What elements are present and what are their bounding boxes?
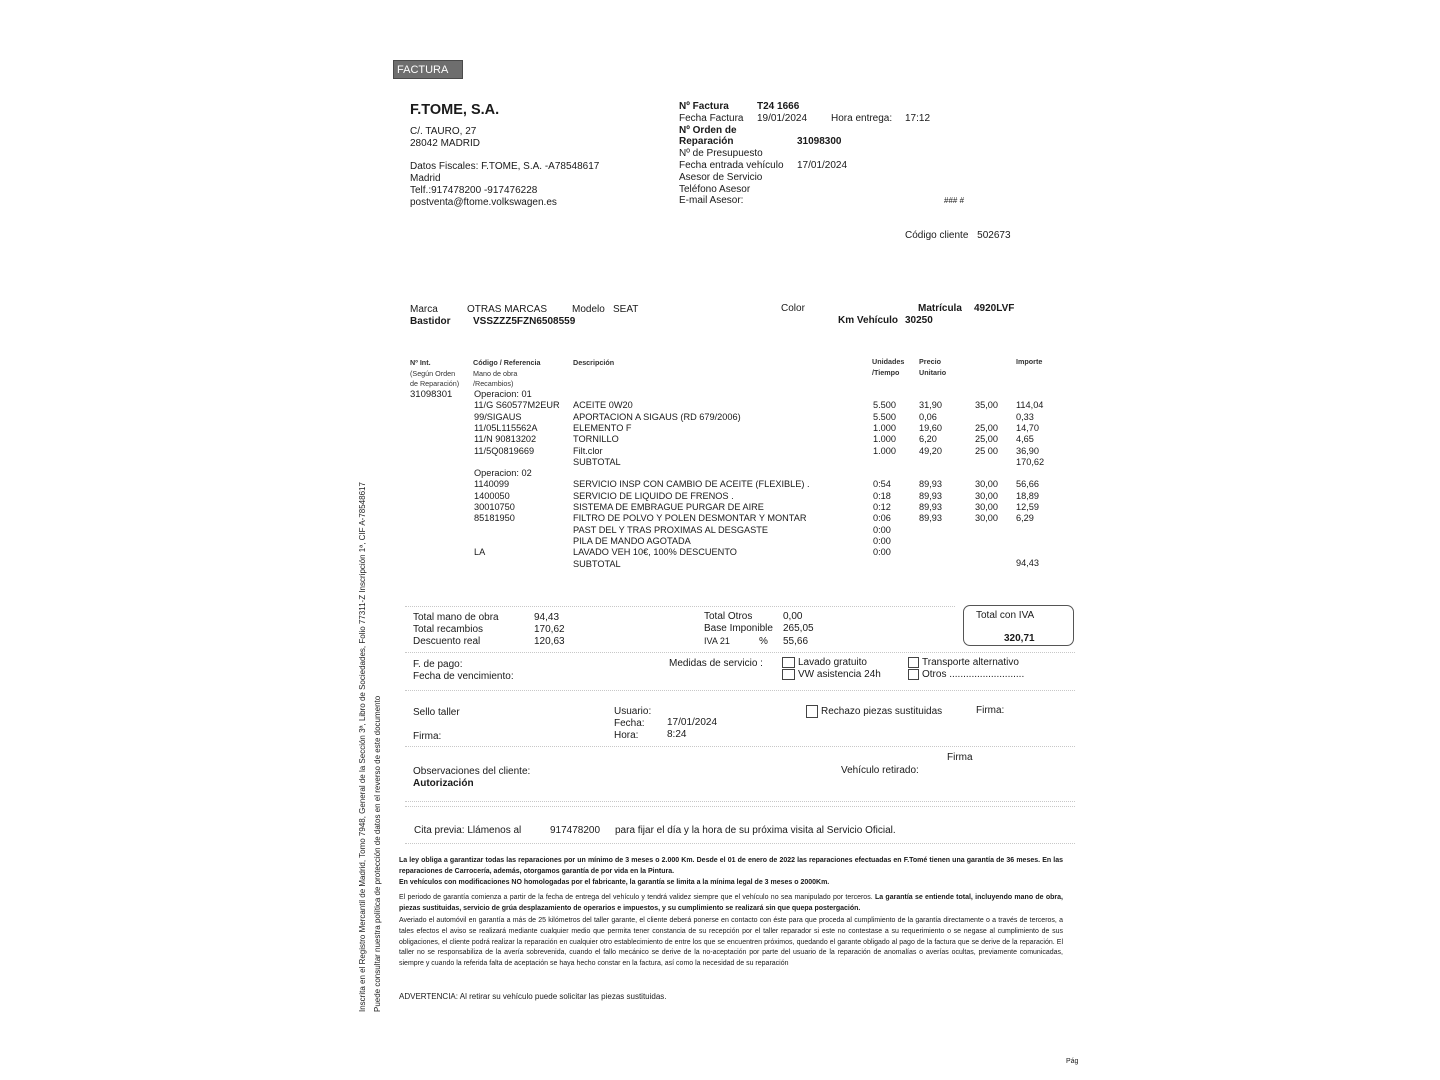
line-discount: 30,00 [975, 479, 998, 489]
entry-date: 17/01/2024 [797, 160, 847, 171]
option-alt-transport[interactable]: Transporte alternativo [908, 657, 1019, 668]
line-amount: 4,65 [1016, 434, 1034, 444]
checkbox[interactable] [908, 657, 919, 668]
line-units: 0:00 [873, 525, 891, 535]
registry-side-text: Inscrita en el Registro Mercantil de Mad… [358, 482, 367, 1012]
appointment-suffix: para fijar el día y la hora de su próxim… [615, 825, 896, 836]
km-value: 30250 [905, 315, 933, 326]
line-units: 5.500 [873, 412, 896, 422]
plate-value: 4920LVF [974, 303, 1014, 314]
page-label: Pág [1066, 1058, 1078, 1065]
order-label: Nº Orden de Reparación [679, 125, 769, 149]
parts-value: 170,62 [534, 624, 565, 635]
entry-date-label: Fecha entrada vehículo [679, 160, 797, 172]
line-amount: 114,04 [1016, 400, 1043, 410]
workshop-signature-label: Firma: [413, 731, 441, 742]
labor-label: Total mano de obra [413, 612, 534, 624]
discount-label: Descuento real [413, 636, 534, 648]
line-description: TORNILLO [573, 434, 619, 444]
model-value: SEAT [613, 304, 638, 315]
operation-label: Operacion: 02 [474, 468, 532, 478]
line-units: 0:18 [873, 491, 891, 501]
model-label: Modelo [572, 304, 605, 315]
discount-value: 120,63 [534, 636, 565, 647]
line-description: Filt.clor [573, 446, 603, 456]
line-code: 11/05L115562A [474, 423, 538, 433]
client-code-label: Código cliente [905, 230, 968, 241]
line-unit-price: 49,20 [919, 446, 942, 456]
line-discount: 30,00 [975, 513, 998, 523]
retrieval-signature-label: Firma [947, 752, 973, 763]
line-discount: 30,00 [975, 491, 998, 501]
line-units: 5.500 [873, 400, 896, 410]
plate-label: Matrícula [918, 303, 962, 314]
col-header-code: Código / Referencia Mano de obra /Recamb… [473, 358, 541, 390]
iva-value: 55,66 [783, 636, 808, 647]
km-label: Km Vehículo [838, 315, 898, 326]
line-description: SERVICIO DE LIQUIDO DE FRENOS . [573, 491, 734, 501]
order-number: 31098300 [797, 136, 842, 147]
subtotal-value: 170,62 [1016, 457, 1044, 467]
brand-label: Marca [410, 304, 438, 315]
line-units: 0:00 [873, 547, 891, 557]
line-unit-price: 6,20 [919, 434, 937, 444]
line-units: 1.000 [873, 446, 896, 456]
invoice-date-label: Fecha Factura [679, 113, 757, 125]
checkbox[interactable] [908, 669, 919, 680]
line-code: 1140099 [474, 479, 509, 489]
line-units: 1.000 [873, 423, 896, 433]
due-date-label: Fecha de vencimiento: [413, 671, 514, 682]
privacy-side-text: Puede consultar nuestra política de prot… [373, 696, 382, 1012]
option-free-wash[interactable]: Lavado gratuito [782, 657, 867, 668]
base-value: 265,05 [783, 623, 814, 634]
subtotal-label: SUBTOTAL [573, 559, 621, 569]
line-code: 11/5Q0819669 [474, 446, 534, 456]
line-amount: 18,89 [1016, 491, 1039, 501]
advisor-phone-label: Teléfono Asesor [679, 184, 930, 196]
client-code: 502673 [977, 230, 1010, 241]
company-email: postventa@ftome.volkswagen.es [410, 197, 599, 209]
col-header-desc: Descripción [573, 358, 614, 369]
legal-warranty: La ley obliga a garantizar todas las rep… [399, 856, 1063, 888]
line-unit-price: 19,60 [919, 423, 942, 433]
nint-value: 31098301 [410, 389, 452, 400]
time-value: 8:24 [667, 729, 686, 740]
line-description: ELEMENTO F [573, 423, 632, 433]
invoice-number-label: Nº Factura [679, 101, 757, 113]
line-discount: 25 00 [975, 446, 998, 456]
line-code: 1400050 [474, 491, 510, 501]
line-unit-price: 0,06 [919, 412, 937, 422]
advisor-label: Asesor de Servicio [679, 172, 930, 184]
line-discount: 30,00 [975, 502, 998, 512]
company-phone: Telf.:917478200 -917476228 [410, 185, 599, 197]
line-amount: 36,90 [1016, 446, 1039, 456]
labor-value: 94,43 [534, 612, 559, 623]
option-other[interactable]: Otros ........................... [908, 669, 1024, 680]
line-code: 85181950 [474, 513, 515, 523]
invoice-date: 19/01/2024 [757, 113, 831, 125]
user-label: Usuario: [614, 706, 651, 717]
line-code: 99/SIGAUS [474, 412, 522, 422]
line-description: FILTRO DE POLVO Y POLEN DESMONTAR Y MONT… [573, 513, 806, 523]
invoice-info: Nº FacturaT24 1666 Fecha Factura19/01/20… [679, 101, 930, 207]
col-header-price: Precio Unitario [919, 357, 946, 378]
subtotal-label: SUBTOTAL [573, 457, 621, 467]
line-units: 0:00 [873, 536, 891, 546]
checkbox[interactable] [782, 657, 795, 668]
line-description: ACEITE 0W20 [573, 400, 633, 410]
totals-middle: Total Otros0,00 Base Imponible265,05 IVA… [704, 611, 814, 648]
budget-label: Nº de Presupuesto [679, 148, 930, 160]
time-label: Hora: [614, 730, 638, 741]
col-header-nint: Nº Int. (Según Orden de Reparación) [410, 358, 459, 390]
observations-label: Observaciones del cliente: [413, 766, 530, 777]
line-code: 11/G S60577M2EUR [474, 400, 560, 410]
line-units: 0:54 [873, 479, 891, 489]
reject-parts-option[interactable]: Rechazo piezas sustituidas [806, 705, 942, 718]
company-name: F.TOME, S.A. [410, 102, 499, 118]
line-amount: 14,70 [1016, 423, 1039, 433]
date-label: Fecha: [614, 718, 645, 729]
hash-mark: ### # [944, 196, 964, 205]
line-unit-price: 89,93 [919, 491, 942, 501]
total-value: 320,71 [1004, 633, 1035, 644]
document-type-banner: FACTURA [393, 60, 463, 79]
chassis-label: Bastidor [410, 316, 451, 327]
appointment-prefix: Cita previa: Llámenos al [414, 825, 521, 836]
color-label: Color [781, 303, 805, 314]
line-code: LA [474, 547, 485, 557]
authorization-label: Autorización [413, 778, 474, 789]
advisor-email-label: E-mail Asesor: [679, 195, 930, 207]
delivery-time: 17:12 [905, 113, 930, 124]
legal-warranty-period: El periodo de garantía comienza a partir… [399, 893, 1063, 915]
invoice-number: T24 1666 [757, 101, 799, 112]
line-unit-price: 89,93 [919, 502, 942, 512]
legal-breakdown: Averiado el automóvil en garantía a más … [399, 916, 1063, 970]
company-address1: C/. TAURO, 27 [410, 126, 599, 138]
line-discount: 35,00 [975, 400, 998, 410]
line-unit-price: 89,93 [919, 513, 942, 523]
col-header-amount: Importe [1016, 357, 1042, 368]
subtotal-value: 94,43 [1016, 558, 1039, 568]
legal-warning: ADVERTENCIA: Al retirar su vehículo pued… [399, 992, 667, 1001]
line-unit-price: 89,93 [919, 479, 942, 489]
other-label: Total Otros [704, 611, 783, 623]
line-amount: 12,59 [1016, 502, 1039, 512]
delivery-label: Hora entrega: [831, 113, 905, 125]
workshop-stamp-label: Sello taller [413, 707, 460, 718]
line-units: 0:12 [873, 502, 891, 512]
line-code: 11/N 90813202 [474, 434, 536, 444]
date-value: 17/01/2024 [667, 717, 717, 728]
line-code: 30010750 [474, 502, 515, 512]
line-description: SISTEMA DE EMBRAGUE PURGAR DE AIRE [573, 502, 764, 512]
line-units: 0:06 [873, 513, 891, 523]
line-description: LAVADO VEH 10€, 100% DESCUENTO [573, 547, 737, 557]
parts-label: Total recambios [413, 624, 534, 636]
line-amount: 56,66 [1016, 479, 1039, 489]
company-fiscal: Datos Fiscales: F.TOME, S.A. -A78548617 [410, 161, 599, 173]
company-info: C/. TAURO, 27 28042 MADRID Datos Fiscale… [410, 126, 599, 209]
chassis-value: VSSZZZ5FZN6508559 [473, 316, 575, 327]
checkbox[interactable] [782, 669, 795, 680]
total-with-iva-box: Total con IVA 320,71 [963, 605, 1074, 646]
company-address2: 28042 MADRID [410, 138, 599, 150]
line-discount: 25,00 [975, 434, 998, 444]
service-measures-label: Medidas de servicio : [669, 658, 763, 669]
other-value: 0,00 [783, 611, 802, 622]
iva-label: IVA 21 [704, 635, 759, 647]
line-amount: 6,29 [1016, 513, 1034, 523]
line-description: PAST DEL Y TRAS PROXIMAS AL DESGASTE [573, 525, 768, 535]
line-description: SERVICIO INSP CON CAMBIO DE ACEITE (FLEX… [573, 479, 810, 489]
operation-label: Operacion: 01 [474, 389, 532, 399]
totals-left: Total mano de obra94,43 Total recambios1… [413, 612, 565, 648]
line-unit-price: 31,90 [919, 400, 942, 410]
brand-value: OTRAS MARCAS [467, 304, 547, 315]
total-label: Total con IVA [976, 610, 1034, 621]
client-signature-label: Firma: [976, 705, 1004, 716]
line-discount: 25,00 [975, 423, 998, 433]
line-amount: 0,33 [1016, 412, 1034, 422]
payment-method-label: F. de pago: [413, 659, 462, 670]
option-vw-assistance[interactable]: VW asistencia 24h [782, 669, 881, 680]
line-units: 1.000 [873, 434, 896, 444]
vehicle-removed-label: Vehículo retirado: [841, 765, 919, 776]
checkbox[interactable] [806, 705, 818, 718]
company-city: Madrid [410, 173, 599, 185]
line-description: PILA DE MANDO AGOTADA [573, 536, 691, 546]
line-description: APORTACION A SIGAUS (RD 679/2006) [573, 412, 741, 422]
appointment-phone: 917478200 [550, 825, 600, 836]
base-label: Base Imponible [704, 623, 783, 635]
iva-percent-sign: % [759, 636, 783, 648]
col-header-units: Unidades /Tiempo [872, 357, 904, 378]
